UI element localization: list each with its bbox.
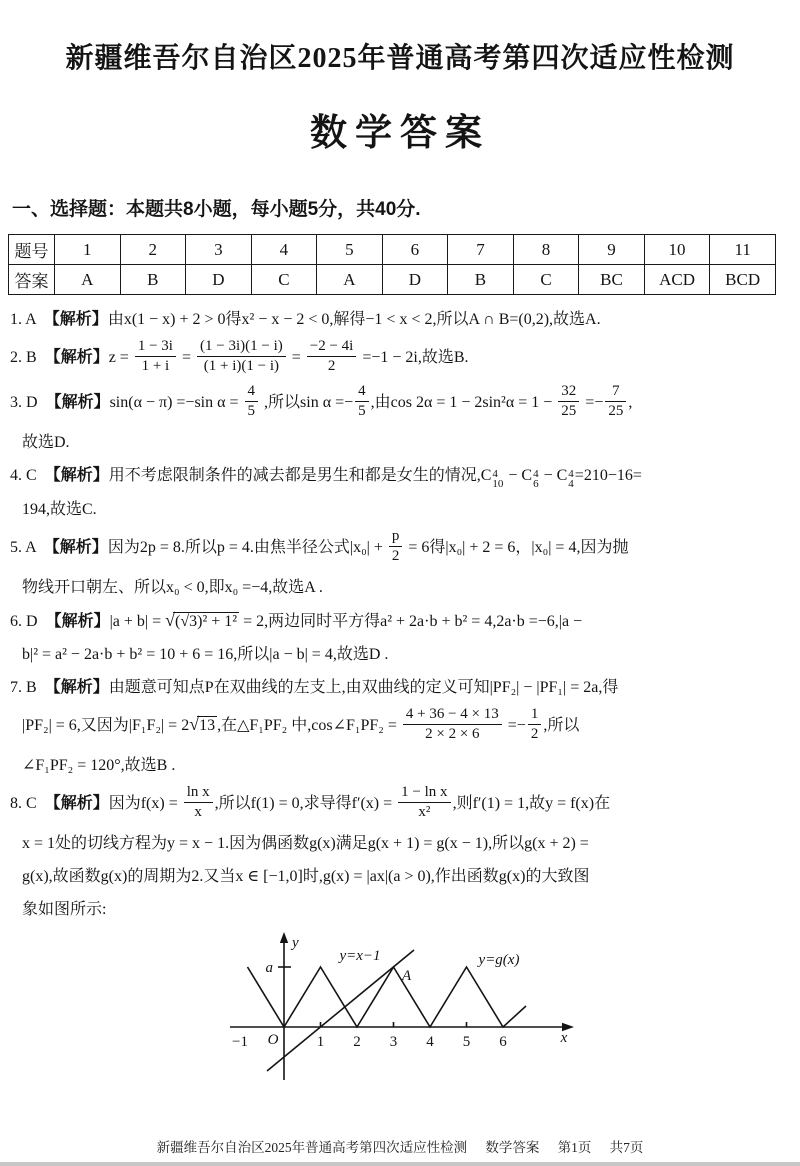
- solution-item-7: 7. B 【解析】由题意可知点P在双曲线的左支上,由双曲线的定义可知|PF₂| …: [0, 675, 794, 778]
- solution-item-6: 6. D 【解析】|a + b| = √(√3)² + 1² = 2,两边同时平…: [0, 608, 794, 667]
- answer-cell: BC: [579, 265, 645, 295]
- denominator: (1 + i)(1 − i): [197, 357, 286, 375]
- solution-line: |PF₂| = 6,又因为|F₁F₂| = 2√13,在△F₁PF₂ 中,cos…: [0, 708, 794, 745]
- answer-cell: BCD: [710, 265, 776, 295]
- question-number-cell: 5: [317, 235, 383, 265]
- figure-graph: y a O −1 1 2 3 4 5 6 x y=x−1 A y=g(x): [214, 930, 800, 1088]
- numerator: 4: [245, 383, 259, 402]
- footer-page-number: 第1页: [558, 1140, 592, 1155]
- solution-line: 象如图所示:: [0, 897, 794, 922]
- x-tick-label-5: 5: [463, 1034, 471, 1050]
- x-tick-label-4: 4: [426, 1034, 434, 1050]
- answer-cell: C: [251, 265, 317, 295]
- combination-scripts: 44: [568, 469, 574, 489]
- question-number-cell: 4: [251, 235, 317, 265]
- g-function-curve: [248, 967, 527, 1027]
- solution-line: 6. D 【解析】|a + b| = √(√3)² + 1² = 2,两边同时平…: [0, 608, 794, 634]
- question-number-cell: 8: [513, 235, 579, 265]
- denominator: 25: [558, 402, 579, 420]
- fraction: 4 + 36 − 4 × 132 × 2 × 6: [403, 706, 502, 743]
- doc-title: 新疆维吾尔自治区2025年普通高考第四次适应性检测: [0, 0, 800, 76]
- x-tick-label-6: 6: [499, 1034, 507, 1050]
- peak-value-label: a: [266, 960, 274, 976]
- exam-answer-page: 新疆维吾尔自治区2025年普通高考第四次适应性检测 数学答案 一、选择题：本题共…: [0, 0, 800, 1166]
- solution-line: 8. C 【解析】因为f(x) = ln xx,所以f(1) = 0,求导得f′…: [0, 786, 794, 823]
- answer-cell: D: [186, 265, 252, 295]
- denominator: 25: [605, 402, 626, 420]
- answer-cell: A: [55, 265, 121, 295]
- fraction: ln xx: [184, 784, 213, 821]
- answer-cell: ACD: [644, 265, 710, 295]
- solution-item-1: 1. A 【解析】由x(1 − x) + 2 > 0得x² − x − 2 < …: [0, 307, 794, 332]
- numerator: 4 + 36 − 4 × 13: [403, 706, 502, 725]
- fraction: p2: [389, 528, 403, 565]
- analysis-label: 【解析】: [53, 679, 109, 696]
- denominator: x: [184, 803, 213, 821]
- answer-table-row-numbers: 题号 1234567891011: [9, 235, 776, 265]
- origin-label: O: [268, 1032, 279, 1048]
- row-header-question: 题号: [9, 235, 55, 265]
- footer-page-total: 共7页: [610, 1140, 644, 1155]
- fraction: 3225: [558, 383, 579, 420]
- solution-line: 5. A 【解析】因为2p = 8.所以p = 4.由焦半径公式|x₀| + p…: [0, 530, 794, 567]
- solution-item-2: 2. B 【解析】z = 1 − 3i1 + i = (1 − 3i)(1 − …: [0, 340, 794, 377]
- solution-item-5: 5. A 【解析】因为2p = 8.所以p = 4.由焦半径公式|x₀| + p…: [0, 530, 794, 600]
- answer-table: 题号 1234567891011 答案 ABDCADBCBCACDBCD: [8, 234, 776, 295]
- x-tick-label-1: 1: [317, 1034, 325, 1050]
- analysis-label: 【解析】: [53, 795, 109, 812]
- question-number-cell: 9: [579, 235, 645, 265]
- numerator: −2 − 4i: [307, 338, 357, 357]
- doc-subtitle: 数学答案: [0, 102, 800, 156]
- fraction: 45: [245, 383, 259, 420]
- scan-edge-artifact: [0, 1162, 800, 1166]
- fraction: 725: [605, 383, 626, 420]
- fraction: 12: [528, 706, 542, 743]
- solution-line: 故选D.: [0, 430, 794, 455]
- tangent-line: [267, 950, 414, 1071]
- footer-doc-name: 数学答案: [485, 1140, 539, 1155]
- footer-exam-name: 新疆维吾尔自治区2025年普通高考第四次适应性检测: [157, 1140, 468, 1155]
- page-footer: 新疆维吾尔自治区2025年普通高考第四次适应性检测 数学答案 第1页 共7页: [0, 1136, 800, 1156]
- solution-item-8: 8. C 【解析】因为f(x) = ln xx,所以f(1) = 0,求导得f′…: [0, 786, 794, 922]
- square-root: √13: [189, 717, 217, 734]
- fraction: (1 − 3i)(1 − i)(1 + i)(1 − i): [197, 338, 286, 375]
- fraction: 1 − ln xx²: [398, 784, 450, 821]
- solution-line: 3. D 【解析】sin(α − π) =−sin α = 45 ,所以sin …: [0, 385, 794, 422]
- numerator: 7: [605, 383, 626, 402]
- answer-cell: A: [317, 265, 383, 295]
- denominator: x²: [398, 803, 450, 821]
- analysis-label: 【解析】: [52, 539, 108, 556]
- combination-scripts: 410: [492, 469, 503, 489]
- solution-line: 1. A 【解析】由x(1 − x) + 2 > 0得x² − x − 2 < …: [0, 307, 794, 332]
- solution-item-4: 4. C 【解析】用不考虑限制条件的减去都是男生和都是女生的情况,C410 − …: [0, 463, 794, 522]
- analysis-label: 【解析】: [54, 394, 110, 411]
- combination-scripts: 46: [533, 469, 539, 489]
- solution-line: ∠F₁PF₂ = 120°,故选B .: [0, 753, 794, 778]
- question-number-cell: 10: [644, 235, 710, 265]
- solution-line: 4. C 【解析】用不考虑限制条件的减去都是男生和都是女生的情况,C410 − …: [0, 463, 794, 489]
- x-tick-label-neg1: −1: [232, 1034, 248, 1050]
- solution-item-3: 3. D 【解析】sin(α − π) =−sin α = 45 ,所以sin …: [0, 385, 794, 455]
- section-heading: 一、选择题：本题共8小题，每小题5分，共40分.: [12, 194, 800, 221]
- y-axis-arrow: [280, 932, 288, 943]
- numerator: 1: [528, 706, 542, 725]
- subscript: 4: [568, 479, 574, 489]
- curve-label: y=g(x): [477, 952, 520, 968]
- numerator: (1 − 3i)(1 − i): [197, 338, 286, 357]
- solution-line: x = 1处的切线方程为y = x − 1.因为偶函数g(x)满足g(x + 1…: [0, 831, 794, 856]
- subscript: 10: [492, 479, 503, 489]
- denominator: 2: [307, 357, 357, 375]
- question-number-cell: 11: [710, 235, 776, 265]
- fraction: 1 − 3i1 + i: [135, 338, 176, 375]
- analysis-label: 【解析】: [53, 349, 109, 366]
- solution-line: g(x),故函数g(x)的周期为2.又当x ∈ [−1,0]时,g(x) = |…: [0, 864, 794, 889]
- analysis-label: 【解析】: [52, 311, 108, 328]
- tangent-line-label: y=x−1: [337, 948, 380, 964]
- question-number-cell: 1: [55, 235, 121, 265]
- point-a-label: A: [401, 968, 412, 984]
- fraction: 45: [355, 383, 369, 420]
- row-header-answer: 答案: [9, 265, 55, 295]
- numerator: 4: [355, 383, 369, 402]
- answer-cell: B: [448, 265, 514, 295]
- answer-table-row-answers: 答案 ABDCADBCBCACDBCD: [9, 265, 776, 295]
- x-tick-label-3: 3: [390, 1034, 398, 1050]
- question-number-cell: 7: [448, 235, 514, 265]
- denominator: 2 × 2 × 6: [403, 725, 502, 743]
- subscript: 6: [533, 479, 539, 489]
- x-tick-label-2: 2: [353, 1034, 361, 1050]
- x-axis-label: x: [560, 1030, 568, 1046]
- numerator: 1 − ln x: [398, 784, 450, 803]
- denominator: 1 + i: [135, 357, 176, 375]
- solution-line: 194,故选C.: [0, 497, 794, 522]
- analysis-label: 【解析】: [54, 613, 110, 630]
- denominator: 2: [389, 547, 403, 565]
- solutions: 1. A 【解析】由x(1 − x) + 2 > 0得x² − x − 2 < …: [0, 307, 800, 922]
- numerator: 1 − 3i: [135, 338, 176, 357]
- solution-line: b|² = a² − 2a·b + b² = 10 + 6 = 16,所以|a …: [0, 642, 794, 667]
- answer-cell: C: [513, 265, 579, 295]
- square-root: √(√3)² + 1²: [165, 613, 239, 630]
- question-number-cell: 3: [186, 235, 252, 265]
- denominator: 5: [245, 402, 259, 420]
- answer-cell: B: [120, 265, 186, 295]
- numerator: ln x: [184, 784, 213, 803]
- solution-line: 2. B 【解析】z = 1 − 3i1 + i = (1 − 3i)(1 − …: [0, 340, 794, 377]
- solution-line: 7. B 【解析】由题意可知点P在双曲线的左支上,由双曲线的定义可知|PF₂| …: [0, 675, 794, 700]
- radicand: (√3)² + 1²: [173, 612, 239, 630]
- denominator: 2: [528, 725, 542, 743]
- y-axis-label: y: [290, 935, 299, 951]
- numerator: p: [389, 528, 403, 547]
- question-number-cell: 6: [382, 235, 448, 265]
- numerator: 32: [558, 383, 579, 402]
- solution-line: 物线开口朝左、所以x₀ < 0,即x₀ =−4,故选A .: [0, 575, 794, 600]
- analysis-label: 【解析】: [53, 467, 109, 484]
- radicand: 13: [197, 716, 217, 734]
- function-graph-svg: y a O −1 1 2 3 4 5 6 x y=x−1 A y=g(x): [214, 930, 578, 1088]
- denominator: 5: [355, 402, 369, 420]
- question-number-cell: 2: [120, 235, 186, 265]
- answer-cell: D: [382, 265, 448, 295]
- fraction: −2 − 4i2: [307, 338, 357, 375]
